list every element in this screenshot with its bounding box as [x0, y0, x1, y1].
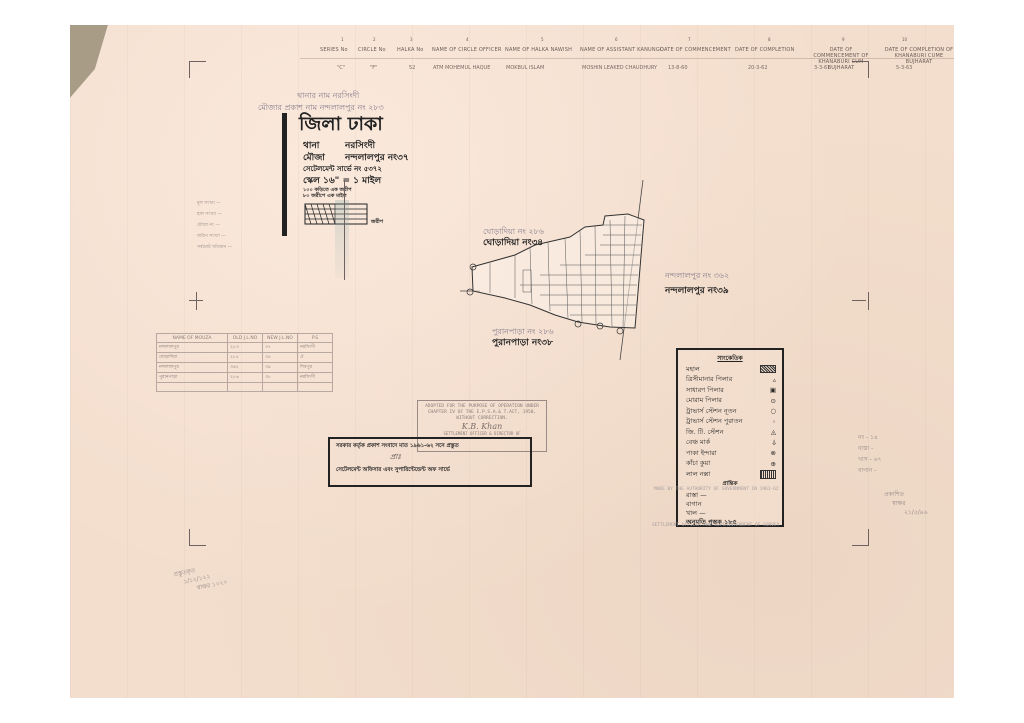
pencil-notes-right: নং - ১৪ বাস্তা - খাস - ৬৭ বাগান - — [858, 432, 881, 476]
bench-mark-icon: ⍙ — [772, 438, 776, 447]
legend-item: ট্রাভার্স স্টেশন নূতন○ — [678, 406, 782, 417]
circle-cross-icon: ⊕ — [771, 460, 776, 468]
triangle-dot-icon: ◬ — [771, 428, 776, 436]
table-row: নন্দলালপুর২৮৩৩৭নরসিংদী — [157, 343, 333, 353]
crop-mark-top-left — [189, 61, 206, 78]
neighbor-ghoradia: ঘোড়াদিয়া নং৩৪ — [483, 235, 543, 250]
scale-bar-label: জরীপ — [371, 219, 383, 227]
circle-dot-icon: ⊙ — [771, 397, 776, 405]
legend-item: জি. টি. স্টেশন◬ — [678, 427, 782, 438]
water-stain — [335, 200, 349, 278]
crop-mark-bottom-right — [852, 529, 869, 546]
table-row: নন্দলালপুর৩৬২৩৯শিবপুর — [157, 363, 333, 373]
crop-mark-bottom-left — [189, 529, 206, 546]
title-block-bar — [282, 113, 287, 236]
neighbor-puranpara: পুরানপাড়া নং৩৮ — [492, 335, 553, 350]
registration-mark-left — [196, 292, 197, 310]
header-col-commencement: DATE OF COMMENCEMENT — [660, 47, 731, 53]
hatched-rect-icon — [760, 470, 776, 479]
header-col-halka-nawish: NAME OF HALKA NAWISH — [505, 47, 572, 53]
side-notes-left: মূল সংখ্যা — হাল সংখ্যা — মৌজা নং — জরিপ… — [197, 198, 232, 253]
circle-cross-icon: ⊗ — [771, 449, 776, 457]
registration-mark-right — [868, 292, 869, 310]
government-stamp: সরকার কর্তৃক প্রকাশ সংবাদে মাত ১৯৬১-৬২ স… — [328, 437, 532, 487]
neighbor-nandalalpur: নন্দলালপুর নং৩৯ — [665, 283, 729, 298]
legend-item: পাকা ইন্দারা⊗ — [678, 448, 782, 459]
signature: প্রাঃ — [330, 451, 530, 463]
signature: K.B. Khan — [418, 422, 546, 431]
settlement-line: SETTLEMENT OFFICER AND SUPERINTENDENT OF… — [652, 523, 779, 528]
header-col-completion: DATE OF COMPLETION — [735, 47, 795, 53]
made-by-line: MADE BY THE AUTHORITY OF GOVERNMENT IN 1… — [654, 487, 779, 492]
circle-icon: ○ — [770, 407, 776, 415]
legend-item: ট্রাভার্স স্টেশন পুরাতন◦ — [678, 417, 782, 428]
legend-item: সাধারণ পিলার▣ — [678, 385, 782, 396]
header-col-series: SERIES No — [320, 47, 348, 53]
vertical-rule — [344, 180, 345, 280]
circle-small-icon: ◦ — [772, 418, 776, 426]
pencil-bottom-right: প্রকাশিত স্বাক্ষর ২১/৫/৯৬ — [884, 490, 928, 517]
legend-item: লাল নক্সা — [678, 469, 782, 480]
legend-box: সাংকেতিক মহাল ত্রিসীমানার পিলার▵ সাধারণ … — [676, 348, 784, 527]
legend-item: ত্রিসীমানার পিলার▵ — [678, 375, 782, 386]
header-col-asst-kanungo: NAME OF ASSISTANT KANUNGO — [580, 47, 664, 53]
header-col-circle: CIRCLE No — [358, 47, 386, 53]
legend-item: কাঁচা কুয়া⊕ — [678, 459, 782, 470]
mouza-table: NAME OF MOUZA OLD J.L.NO NEW J.L.NO P.S … — [156, 333, 333, 392]
triangle-icon: ▵ — [773, 376, 776, 384]
table-row: ঘোড়াদিয়া২৮৫৩৪ঐ — [157, 353, 333, 363]
hatched-rect-icon — [760, 365, 776, 373]
registration-mark-right — [852, 300, 866, 301]
header-col-khanaburi-completion: DATE OF COMPLETION OF KHANABURI CUME BUJ… — [884, 47, 954, 65]
map-scale: স্কেল ১৬" = ১ মাইল — [303, 173, 381, 188]
table-header-row: NAME OF MOUZA OLD J.L.NO NEW J.L.NO P.S — [157, 334, 333, 343]
table-row — [157, 383, 333, 392]
header-col-halka: HALKA No — [397, 47, 424, 53]
legend-item: বেঞ্চ মার্ক⍙ — [678, 438, 782, 449]
square-dot-icon: ▣ — [770, 386, 776, 394]
table-row: পুরানপাড়া২৮৬৩৮নরসিংদী — [157, 373, 333, 383]
legend-item: মহাল — [678, 364, 782, 375]
neighbor-nandalalpur-old: নন্দলালপুর নং ৩৬২ — [665, 270, 729, 283]
header-col-circle-officer: NAME OF CIRCLE OFFICER — [432, 47, 502, 53]
legend-item: মোরাম পিলার⊙ — [678, 396, 782, 407]
legend-title: সাংকেতিক — [678, 353, 782, 364]
